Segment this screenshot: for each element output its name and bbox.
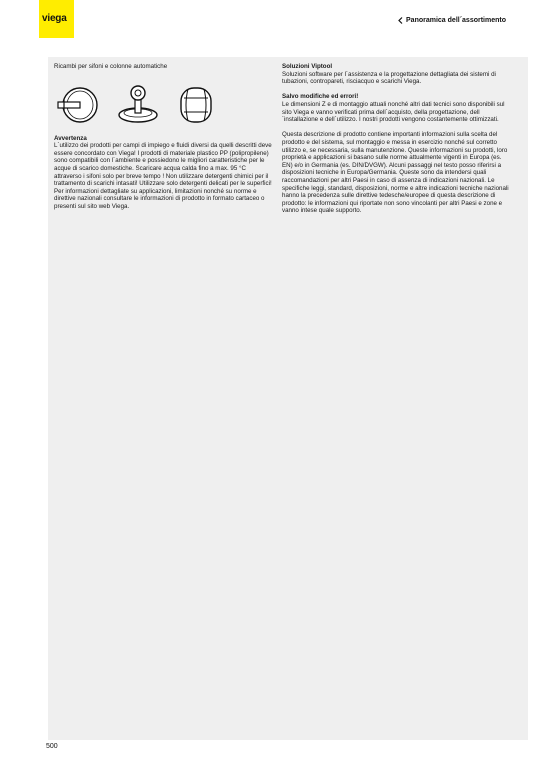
page-number: 500 <box>46 743 58 750</box>
product-illustrations <box>56 81 272 129</box>
info-text: Questa descrizione di prodotto contiene … <box>282 131 512 215</box>
drum-part-icon <box>176 83 216 127</box>
breadcrumb-label: Panoramica dell´assortimento <box>406 17 506 24</box>
viega-logo: viega <box>39 0 74 38</box>
right-column: Soluzioni Viptool Soluzioni software per… <box>282 63 512 215</box>
viptool-text: Soluzioni software per l´assistenza e la… <box>282 71 512 86</box>
siphon-part-icon <box>56 83 100 127</box>
chevron-left-icon <box>398 17 403 24</box>
warning-text: L´utilizzo dei prodotti per campi di imp… <box>54 142 272 210</box>
breadcrumb[interactable]: Panoramica dell´assortimento <box>398 17 506 24</box>
errors-heading: Salvo modifiche ed errori! <box>282 93 512 101</box>
logo-text: viega <box>42 13 67 24</box>
errors-text: Le dimensioni Z e di montaggio attuali n… <box>282 101 512 124</box>
section-title: Ricambi per sifoni e colonne automatiche <box>54 63 272 71</box>
plug-stopper-icon <box>116 83 160 127</box>
left-column: Ricambi per sifoni e colonne automatiche… <box>54 63 272 211</box>
viptool-heading: Soluzioni Viptool <box>282 63 512 71</box>
warning-heading: Avvertenza <box>54 135 272 143</box>
